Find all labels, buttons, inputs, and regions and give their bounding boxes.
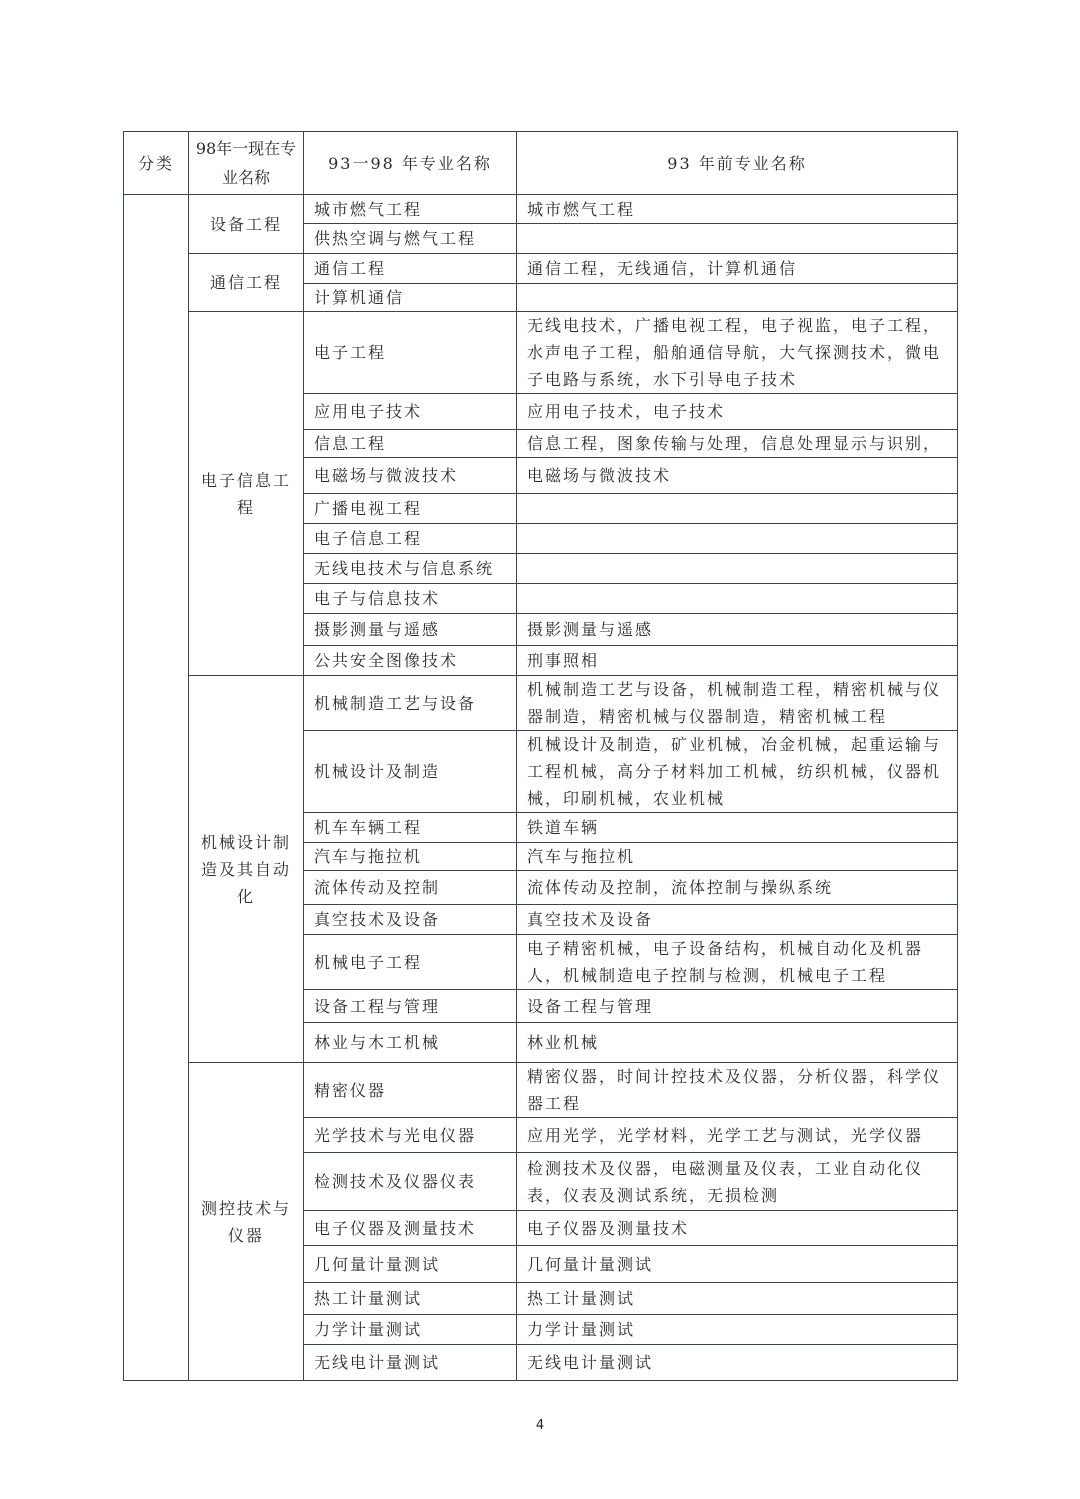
- header-93-98-major: 93一98 年专业名称: [304, 132, 517, 195]
- major-pre-93-cell: 电子精密机械，电子设备结构，机械自动化及机器人，机械制造电子控制与检测，机械电子…: [517, 935, 958, 990]
- major-pre-93-cell: 刑事照相: [517, 646, 958, 676]
- major-93-98-cell: 流体传动及控制: [304, 871, 517, 905]
- major-pre-93-cell: 力学计量测试: [517, 1315, 958, 1345]
- major-pre-93-cell: 无线电计量测试: [517, 1345, 958, 1381]
- current-major-cell: 设备工程: [189, 195, 304, 254]
- table-body: 设备工程城市燃气工程城市燃气工程供热空调与燃气工程通信工程通信工程通信工程，无线…: [124, 195, 958, 1381]
- major-93-98-cell: 真空技术及设备: [304, 905, 517, 935]
- current-major-cell: 测控技术与仪器: [189, 1063, 304, 1381]
- major-pre-93-cell: 信息工程，图象传输与处理，信息处理显示与识别，: [517, 430, 958, 458]
- major-pre-93-cell: 真空技术及设备: [517, 905, 958, 935]
- major-pre-93-cell: [517, 224, 958, 254]
- major-pre-93-cell: 电子仪器及测量技术: [517, 1211, 958, 1246]
- document-page: 分类 98年一现在专业名称 93一98 年专业名称 93 年前专业名称 设备工程…: [0, 0, 1080, 1499]
- major-93-98-cell: 计算机通信: [304, 284, 517, 312]
- major-pre-93-cell: 汽车与拖拉机: [517, 843, 958, 871]
- current-major-cell: 通信工程: [189, 254, 304, 312]
- table-row: 设备工程城市燃气工程城市燃气工程: [124, 195, 958, 224]
- major-93-98-cell: 林业与木工机械: [304, 1023, 517, 1063]
- major-93-98-cell: 应用电子技术: [304, 394, 517, 430]
- major-93-98-cell: 电磁场与微波技术: [304, 458, 517, 494]
- major-pre-93-cell: [517, 494, 958, 524]
- major-pre-93-cell: 精密仪器，时间计控技术及仪器，分析仪器，科学仪器工程: [517, 1063, 958, 1118]
- category-cell: [124, 195, 189, 1381]
- major-pre-93-cell: [517, 554, 958, 584]
- table-row: 测控技术与仪器精密仪器精密仪器，时间计控技术及仪器，分析仪器，科学仪器工程: [124, 1063, 958, 1118]
- major-pre-93-cell: 几何量计量测试: [517, 1246, 958, 1283]
- major-93-98-cell: 精密仪器: [304, 1063, 517, 1118]
- major-pre-93-cell: 机械设计及制造，矿业机械，冶金机械，起重运输与工程机械，高分子材料加工机械，纺织…: [517, 731, 958, 813]
- major-pre-93-cell: 无线电技术，广播电视工程，电子视监，电子工程，水声电子工程，船舶通信导航，大气探…: [517, 312, 958, 394]
- major-pre-93-cell: 通信工程，无线通信，计算机通信: [517, 254, 958, 284]
- table-row: 通信工程通信工程通信工程，无线通信，计算机通信: [124, 254, 958, 284]
- major-93-98-cell: 机车车辆工程: [304, 813, 517, 843]
- major-93-98-cell: 电子仪器及测量技术: [304, 1211, 517, 1246]
- major-93-98-cell: 机械制造工艺与设备: [304, 676, 517, 731]
- major-pre-93-cell: 铁道车辆: [517, 813, 958, 843]
- header-category: 分类: [124, 132, 189, 195]
- current-major-cell: 机械设计制造及其自动化: [189, 676, 304, 1063]
- major-pre-93-cell: 流体传动及控制，流体控制与操纵系统: [517, 871, 958, 905]
- major-93-98-cell: 汽车与拖拉机: [304, 843, 517, 871]
- major-93-98-cell: 光学技术与光电仪器: [304, 1118, 517, 1153]
- page-number: 4: [0, 1418, 1080, 1433]
- major-pre-93-cell: 设备工程与管理: [517, 990, 958, 1023]
- major-93-98-cell: 力学计量测试: [304, 1315, 517, 1345]
- major-93-98-cell: 公共安全图像技术: [304, 646, 517, 676]
- table-header-row: 分类 98年一现在专业名称 93一98 年专业名称 93 年前专业名称: [124, 132, 958, 195]
- major-93-98-cell: 信息工程: [304, 430, 517, 458]
- header-pre-93-major: 93 年前专业名称: [517, 132, 958, 195]
- header-current-major: 98年一现在专业名称: [189, 132, 304, 195]
- major-93-98-cell: 供热空调与燃气工程: [304, 224, 517, 254]
- major-93-98-cell: 机械电子工程: [304, 935, 517, 990]
- major-pre-93-cell: 热工计量测试: [517, 1283, 958, 1315]
- table-row: 机械设计制造及其自动化机械制造工艺与设备机械制造工艺与设备，机械制造工程，精密机…: [124, 676, 958, 731]
- major-pre-93-cell: 电磁场与微波技术: [517, 458, 958, 494]
- major-93-98-cell: 无线电技术与信息系统: [304, 554, 517, 584]
- major-pre-93-cell: 城市燃气工程: [517, 195, 958, 224]
- major-93-98-cell: 无线电计量测试: [304, 1345, 517, 1381]
- major-93-98-cell: 城市燃气工程: [304, 195, 517, 224]
- major-pre-93-cell: [517, 524, 958, 554]
- major-mapping-table: 分类 98年一现在专业名称 93一98 年专业名称 93 年前专业名称 设备工程…: [123, 131, 958, 1381]
- major-pre-93-cell: 林业机械: [517, 1023, 958, 1063]
- current-major-cell: 电子信息工程: [189, 312, 304, 676]
- major-pre-93-cell: 应用电子技术，电子技术: [517, 394, 958, 430]
- major-pre-93-cell: 检测技术及仪器，电磁测量及仪表，工业自动化仪表，仪表及测试系统，无损检测: [517, 1153, 958, 1211]
- major-93-98-cell: 几何量计量测试: [304, 1246, 517, 1283]
- major-pre-93-cell: [517, 584, 958, 614]
- major-93-98-cell: 摄影测量与遥感: [304, 614, 517, 646]
- major-93-98-cell: 广播电视工程: [304, 494, 517, 524]
- major-93-98-cell: 设备工程与管理: [304, 990, 517, 1023]
- major-93-98-cell: 检测技术及仪器仪表: [304, 1153, 517, 1211]
- major-93-98-cell: 机械设计及制造: [304, 731, 517, 813]
- major-93-98-cell: 电子与信息技术: [304, 584, 517, 614]
- major-pre-93-cell: 机械制造工艺与设备，机械制造工程，精密机械与仪器制造，精密机械与仪器制造，精密机…: [517, 676, 958, 731]
- table-row: 电子信息工程电子工程无线电技术，广播电视工程，电子视监，电子工程，水声电子工程，…: [124, 312, 958, 394]
- major-93-98-cell: 电子信息工程: [304, 524, 517, 554]
- major-pre-93-cell: 应用光学，光学材料，光学工艺与测试，光学仪器: [517, 1118, 958, 1153]
- major-pre-93-cell: [517, 284, 958, 312]
- major-93-98-cell: 热工计量测试: [304, 1283, 517, 1315]
- major-pre-93-cell: 摄影测量与遥感: [517, 614, 958, 646]
- major-93-98-cell: 通信工程: [304, 254, 517, 284]
- major-93-98-cell: 电子工程: [304, 312, 517, 394]
